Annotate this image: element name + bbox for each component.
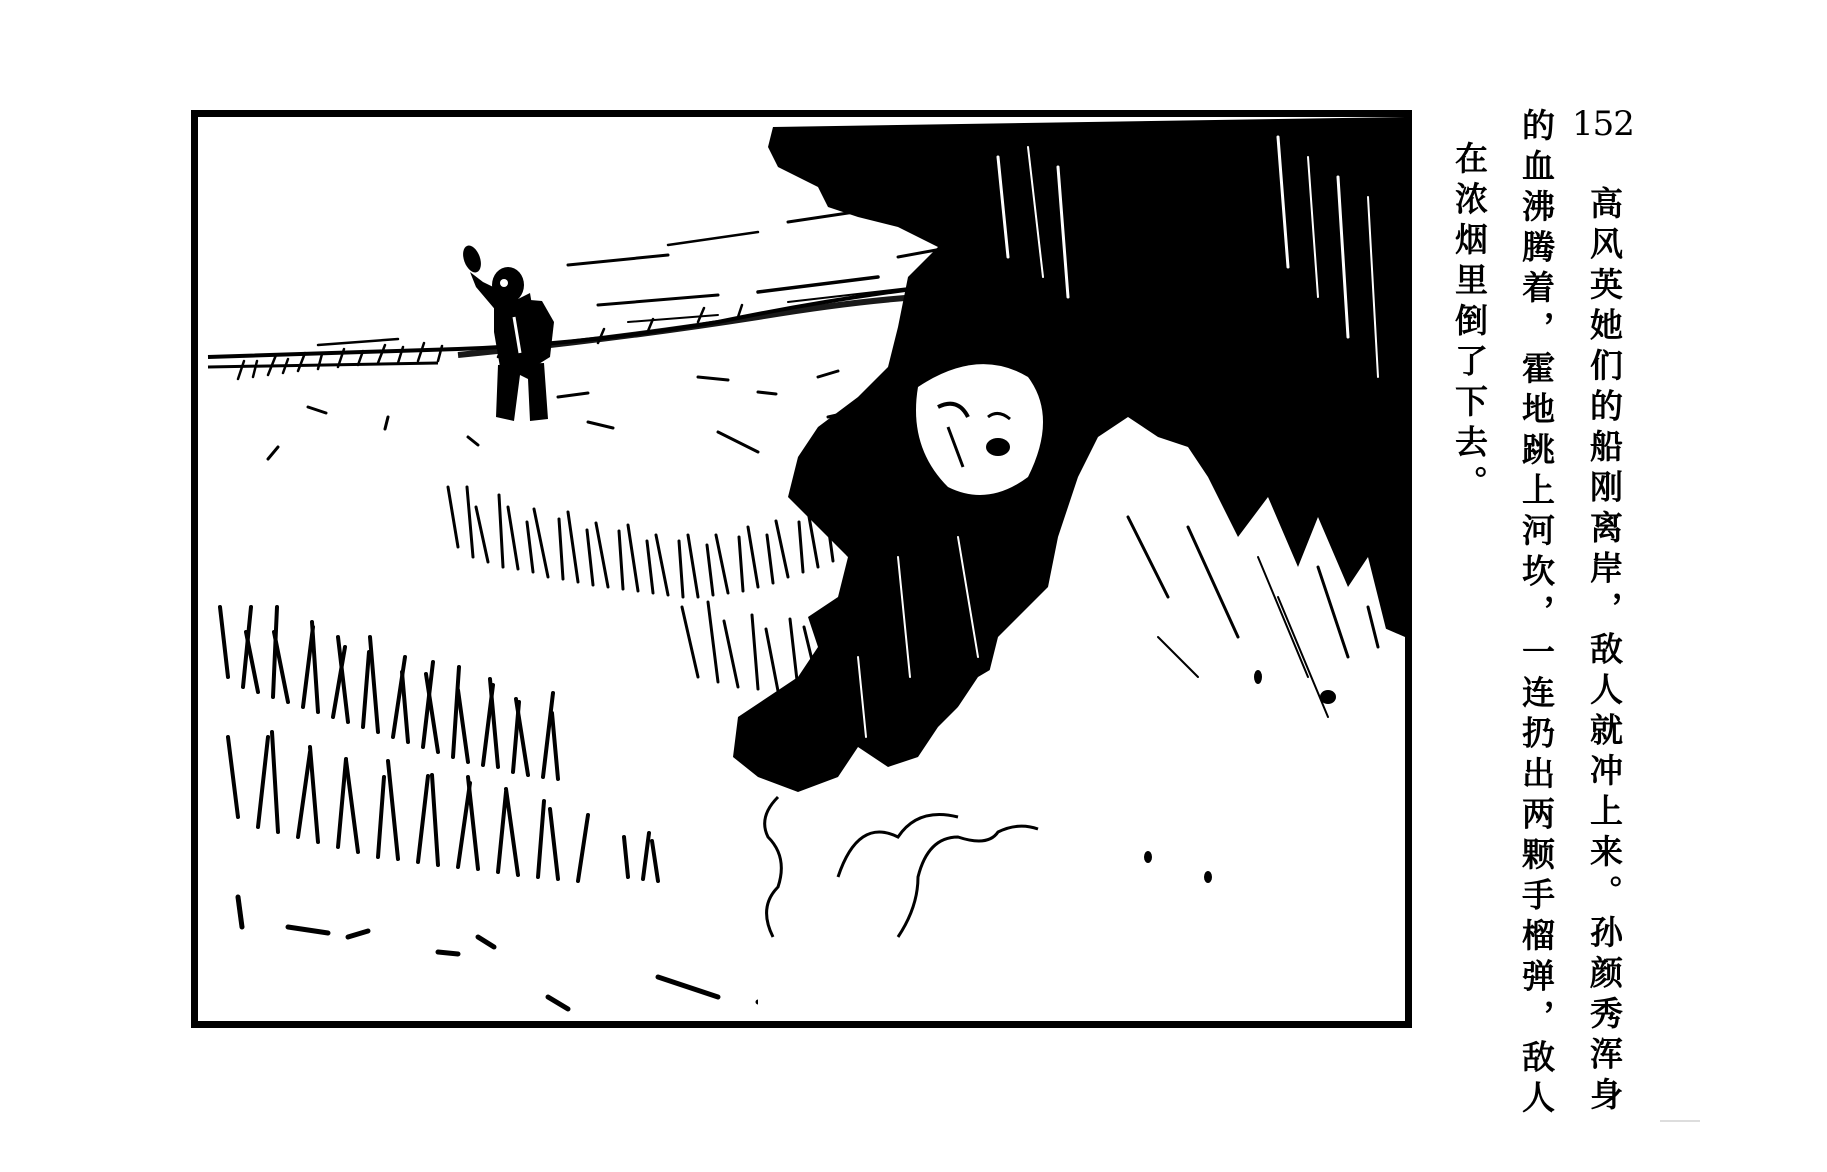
ground-marks	[238, 897, 798, 1012]
caption-column-1: 高风英她们的船刚离岸，敌人就冲上来。孙颜秀浑身	[1584, 186, 1624, 1118]
scan-noise	[1660, 1120, 1700, 1122]
comic-page: 152 高风英她们的船刚离岸，敌人就冲上来。孙颜秀浑身 的血沸腾着，霍地跳上河坎…	[0, 0, 1827, 1172]
page-number: 152	[1572, 106, 1634, 142]
slope-marks	[268, 371, 846, 459]
illustration-drawing	[198, 117, 1405, 1021]
grass-near-horizon	[238, 305, 742, 379]
illustration-panel	[191, 110, 1412, 1028]
figure-throwing-grenade	[460, 243, 554, 421]
caption-column-2: 的血沸腾着，霍地跳上河坎，一连扔出两颗手榴弹，敌人	[1516, 108, 1556, 1121]
caption-column-3: 在浓烟里倒了下去。	[1449, 141, 1489, 506]
